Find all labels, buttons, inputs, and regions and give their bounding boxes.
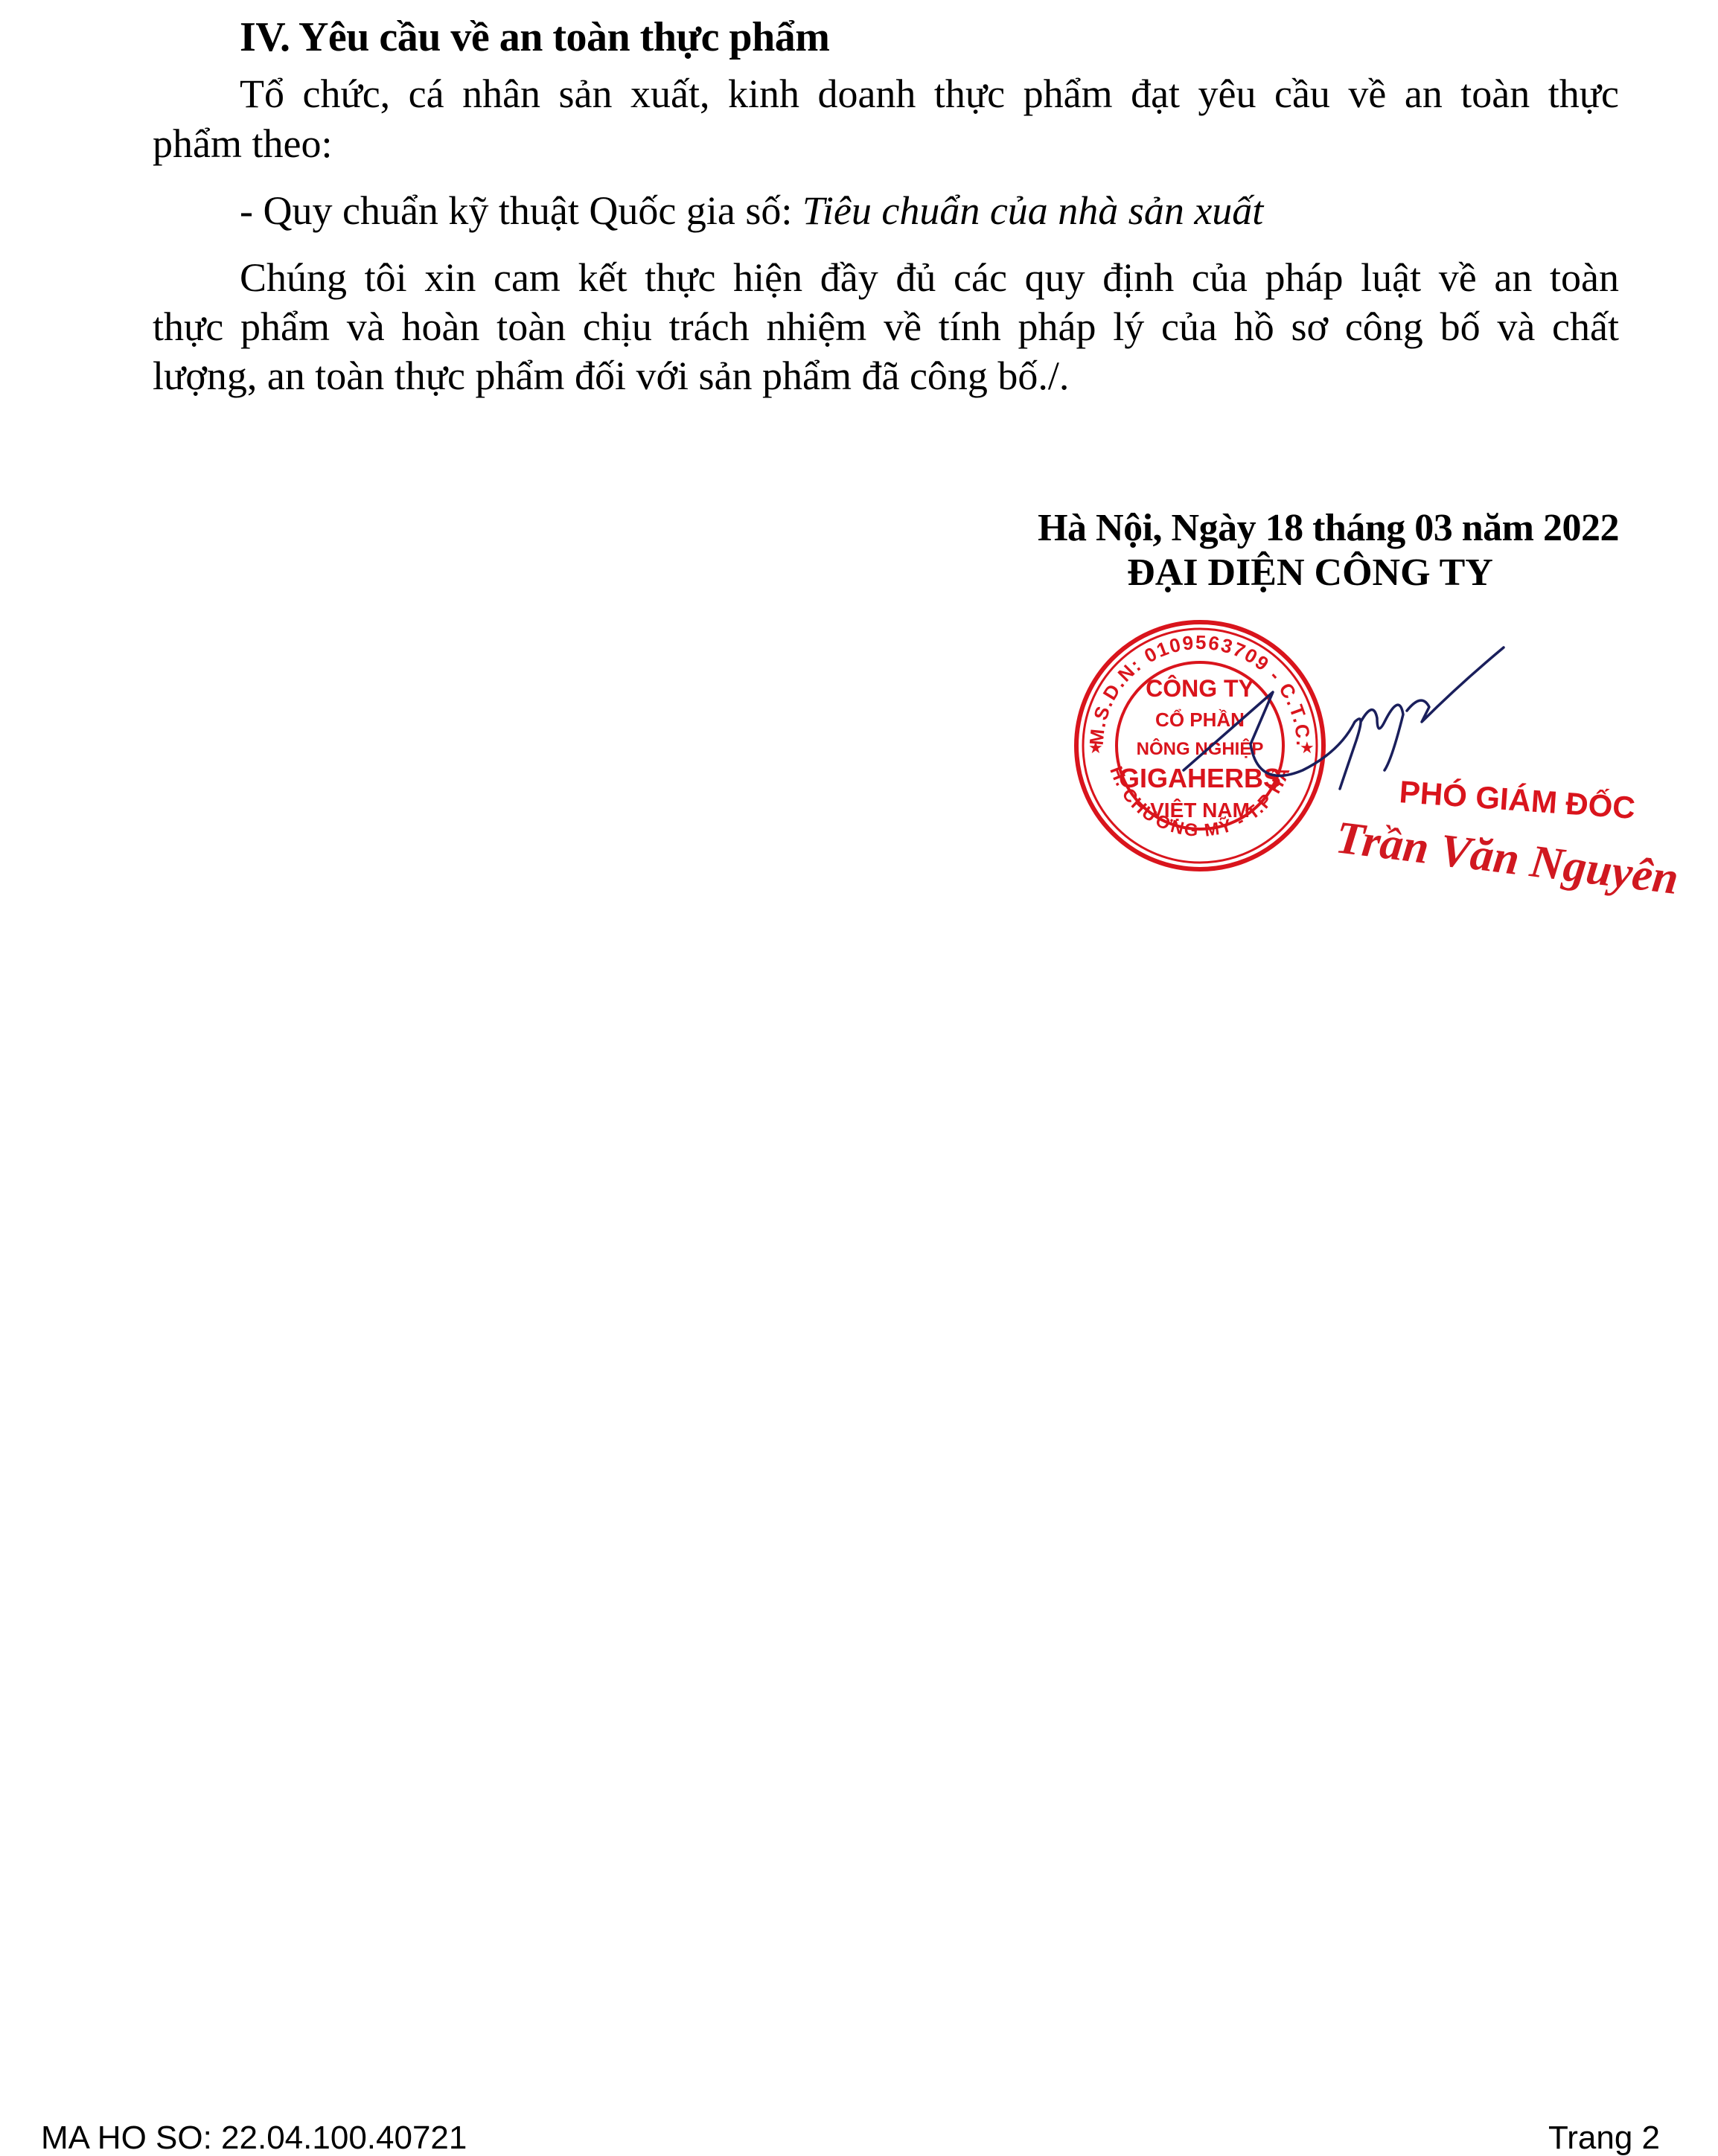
page-number: Trang 2 — [1548, 2120, 1660, 2156]
regulation-value: Tiêu chuẩn của nhà sản xuất — [802, 188, 1263, 233]
paragraph1-line1: Tổ chức, cá nhân sản xuất, kinh doanh th… — [240, 71, 1619, 117]
paragraph2-line3: lượng, an toàn thực phẩm đối với sản phẩ… — [153, 353, 1069, 399]
paragraph1-line2: phẩm theo: — [153, 121, 332, 167]
paragraph2-line1: Chúng tôi xin cam kết thực hiện đầy đủ c… — [240, 255, 1619, 301]
regulation-bullet: - Quy chuẩn kỹ thuật Quốc gia số: Tiêu c… — [240, 188, 1263, 234]
paragraph2-line2: thực phẩm và hoàn toàn chịu trách nhiệm … — [153, 304, 1619, 350]
record-code: MA HO SO: 22.04.100.40721 — [41, 2120, 467, 2156]
regulation-label: - Quy chuẩn kỹ thuật Quốc gia số: — [240, 188, 802, 233]
section-heading: IV. Yêu cầu về an toàn thực phẩm — [240, 13, 829, 61]
place-date: Hà Nội, Ngày 18 tháng 03 năm 2022 — [1038, 506, 1619, 550]
document-page: IV. Yêu cầu về an toàn thực phẩm Tổ chức… — [0, 0, 1718, 2156]
svg-text:★: ★ — [1088, 739, 1103, 758]
representative-title: ĐẠI DIỆN CÔNG TY — [1117, 551, 1504, 595]
